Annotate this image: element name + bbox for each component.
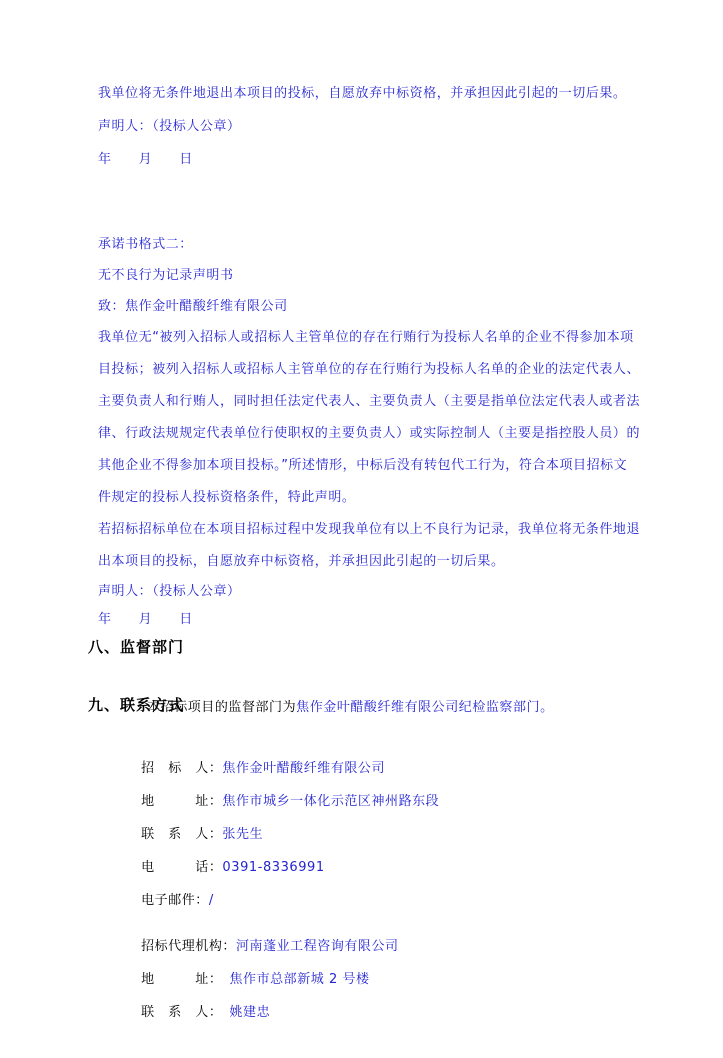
agency-person-value: 姚建忠 (229, 1005, 270, 1020)
top-margin (98, 0, 638, 77)
tenderer-address-value: 焦作市城乡一体化示范区神州路东段 (222, 794, 439, 809)
pledge2-body-line: 其他企业不得参加本项目投标。”所述情形，中标后没有转包代工行为，符合本项目招标文 (98, 450, 638, 482)
tenderer-email-value: / (209, 893, 214, 908)
agency-address-label: 地 址： (141, 972, 229, 987)
pledge1-date-line: 年 月 日 (98, 143, 638, 176)
section-heading-supervision: 八、监督部门 (88, 634, 638, 661)
section-gap (98, 176, 638, 229)
tenderer-phone-label: 电 话： (141, 860, 222, 875)
agency-person-label: 联 系 人： (141, 1005, 229, 1020)
pledge2-body-line: 若招标招标单位在本项目招标过程中发现我单位有以上不良行为记录，我单位将无条件地退 (98, 514, 638, 546)
pledge1-declarant-line: 声明人：（投标人公章） (98, 110, 638, 143)
pledge2-body-line: 目投标；被列入招标人或招标人主管单位的存在行贿行为投标人名单的企业的法定代表人、 (98, 354, 638, 386)
pledge2-body-line: 主要负责人和行贿人，同时担任法定代表人、主要负责人（主要是指单位法定代表人或者法 (98, 386, 638, 418)
pledge1-consequence-line: 我单位将无条件地退出本项目的投标，自愿放弃中标资格，并承担因此引起的一切后果。 (98, 77, 638, 110)
document-content: 我单位将无条件地退出本项目的投标，自愿放弃中标资格，并承担因此引起的一切后果。 … (98, 0, 638, 996)
tenderer-address-label: 地 址： (141, 794, 222, 809)
document-page: 我单位将无条件地退出本项目的投标，自愿放弃中标资格，并承担因此引起的一切后果。 … (0, 0, 723, 1058)
supervision-body-line: 本招标项目的监督部门为焦作金叶醋酸纤维有限公司纪检监察部门。 (98, 661, 638, 692)
agency-name-value: 河南蓬业工程咨询有限公司 (236, 939, 399, 954)
pledge2-body-line: 件规定的投标人投标资格条件，特此声明。 (98, 482, 638, 514)
tenderer-name-value: 焦作金叶醋酸纤维有限公司 (222, 761, 385, 776)
pledge2-title: 无不良行为记录声明书 (98, 260, 638, 291)
tenderer-email-label: 电子邮件： (141, 893, 209, 908)
tenderer-phone-value: 0391-8336991 (222, 860, 324, 875)
pledge2-addressee: 致：焦作金叶醋酸纤维有限公司 (98, 291, 638, 322)
tenderer-person-label: 联 系 人： (141, 827, 222, 842)
pledge2-date-line: 年 月 日 (98, 606, 638, 634)
tenderer-name-line: 招 标 人：焦作金叶醋酸纤维有限公司 (98, 719, 638, 752)
supervision-department-name: 焦作金叶醋酸纤维有限公司纪检监察部门。 (296, 700, 553, 715)
pledge2-declarant-line: 声明人：（投标人公章） (98, 578, 638, 606)
pledge2-format-label: 承诺书格式二： (98, 229, 638, 260)
pledge2-body-line: 律、行政法规规定代表单位行使职权的主要负责人）或实际控制人（主要是指控股人员）的 (98, 418, 638, 450)
tenderer-person-value: 张先生 (222, 827, 263, 842)
agency-address-value: 焦作市总部新城 2 号楼 (229, 972, 369, 987)
pledge2-body-line: 我单位无“被列入招标人或招标人主管单位的存在行贿行为投标人名单的企业不得参加本项 (98, 322, 638, 354)
agency-name-label: 招标代理机构： (141, 939, 236, 954)
pledge2-body-line: 出本项目的投标，自愿放弃中标资格，并承担因此引起的一切后果。 (98, 546, 638, 578)
tenderer-name-label: 招 标 人： (141, 761, 222, 776)
